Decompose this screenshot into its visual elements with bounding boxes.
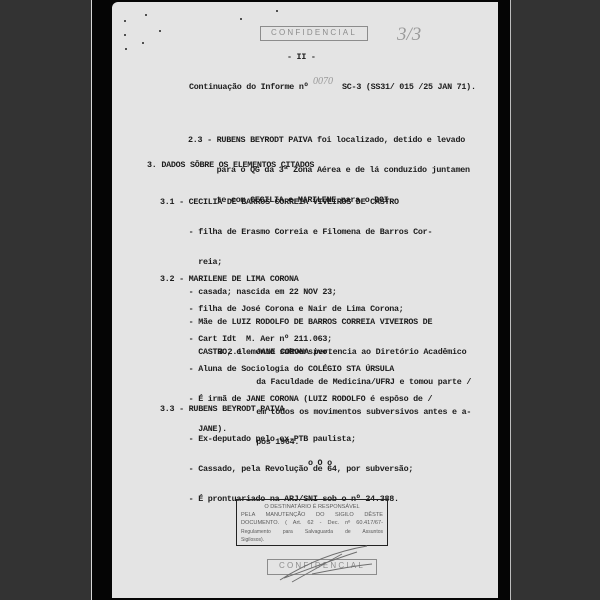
- notice-line: DOCUMENTO. ( Art. 62 - Dec. nº 60.417/67…: [241, 519, 383, 527]
- text-line: - Cassado, pela Revolução de 64, por sub…: [160, 464, 413, 474]
- continuation-prefix: Continuação do Informe nº: [189, 82, 308, 92]
- scan-speck: [124, 20, 126, 22]
- section-3-heading: 3. DADOS SÔBRE OS ELEMENTOS CITADOS: [147, 160, 314, 170]
- text-line: 3.1 - CECILIA DE BARROS CORREIA VIVEIROS…: [160, 197, 432, 207]
- scan-speck: [124, 34, 126, 36]
- confidentiality-notice-box: O DESTINATÁRIO É RESPONSÁVEL PELA MANUTE…: [236, 499, 388, 546]
- notice-line: PELA MANUTENÇÃO DO SIGILO DÊSTE: [241, 511, 383, 519]
- scan-speck: [145, 14, 147, 16]
- text-line: - filha de Erasmo Correia e Filomena de …: [160, 227, 432, 237]
- scan-speck: [240, 18, 242, 20]
- handwritten-page-mark: 3/3: [397, 24, 421, 46]
- viewer-frame-right: [510, 0, 511, 600]
- notice-line: O DESTINATÁRIO É RESPONSÁVEL: [241, 503, 383, 511]
- document-page: CONFIDENCIAL 3/3 - II - Continuação do I…: [112, 2, 498, 598]
- notice-line: Sigilosos).: [241, 536, 383, 544]
- scan-speck: [142, 42, 144, 44]
- handwritten-inform-number: 0070: [313, 76, 333, 87]
- end-mark: o O o: [308, 458, 332, 468]
- text-line: 3.2.1 - JANE CORONA pertencia ao Diretór…: [218, 347, 471, 357]
- scan-speck: [159, 30, 161, 32]
- text-line: - Ex-deputado pelo ex-PTB paulista;: [160, 434, 413, 444]
- signature-scribble: [272, 544, 382, 584]
- text-line: - filha de José Corona e Nair de Lima Co…: [160, 304, 432, 314]
- scan-speck: [276, 10, 278, 12]
- text-line: 3.2 - MARILENE DE LIMA CORONA: [160, 274, 432, 284]
- text-line: 2.3 - RUBENS BEYRODT PAIVA foi localizad…: [188, 135, 470, 145]
- page-heading: - II -: [287, 52, 316, 62]
- confidential-stamp-top: CONFIDENCIAL: [260, 26, 368, 41]
- continuation-suffix: SC-3 (SS31/ 015 /25 JAN 71).: [342, 82, 476, 92]
- scan-speck: [125, 48, 127, 50]
- notice-line: Regulamento para Salvaguarda de Assuntos: [241, 528, 383, 536]
- text-line: 3.3 - RUBENS BEYRODT PAIVA: [160, 404, 413, 414]
